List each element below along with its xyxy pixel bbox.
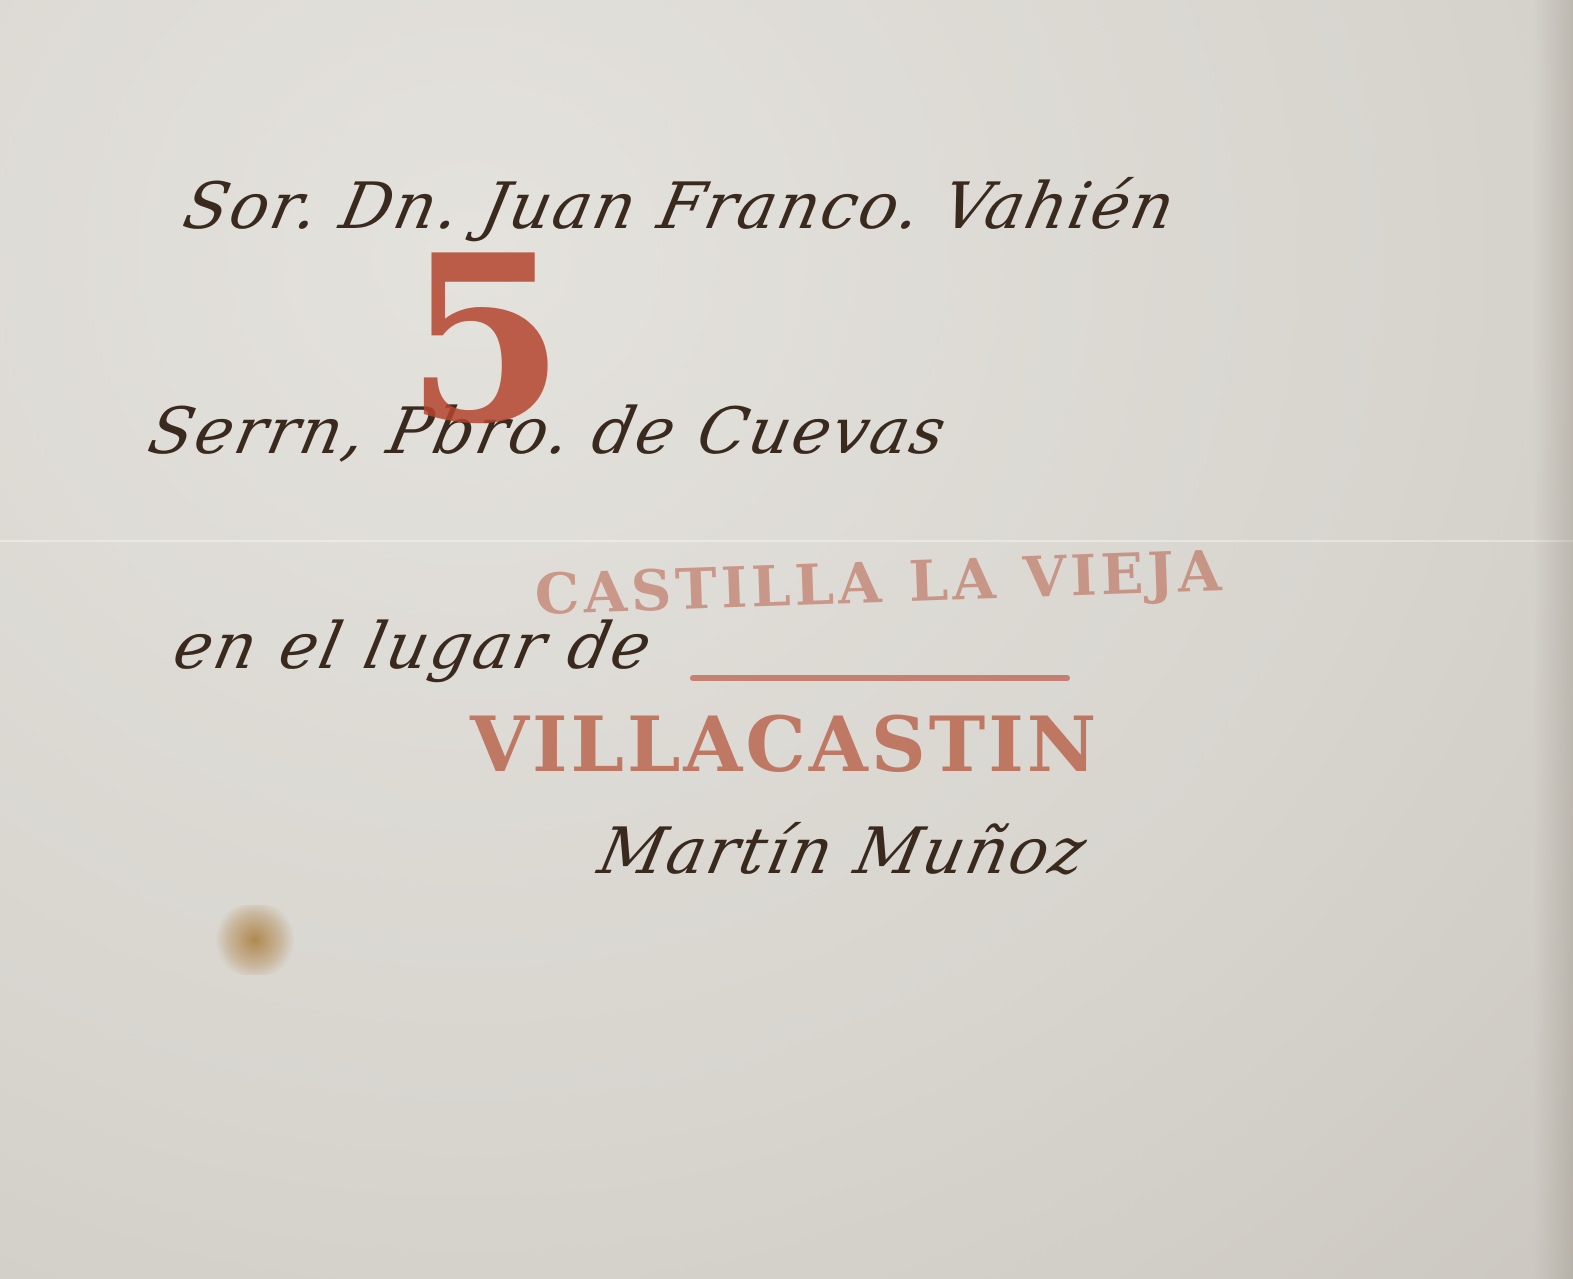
letter-cover: Sor. Dn. Juan Franco. Vahién Serrn, Pbro…: [0, 0, 1573, 1279]
postmark-region: CASTILLA LA VIEJA: [529, 538, 1231, 628]
ink-stain: [215, 905, 295, 975]
address-line-1: Sor. Dn. Juan Franco. Vahién: [177, 170, 1183, 244]
postmark-divider: [690, 675, 1070, 681]
postmark: CASTILLA LA VIEJA VILLACASTIN: [470, 510, 1270, 830]
postmark-town: VILLACASTIN: [470, 700, 1099, 789]
paper-edge: [1533, 0, 1573, 1279]
postage-rate-mark: 5: [405, 205, 565, 475]
